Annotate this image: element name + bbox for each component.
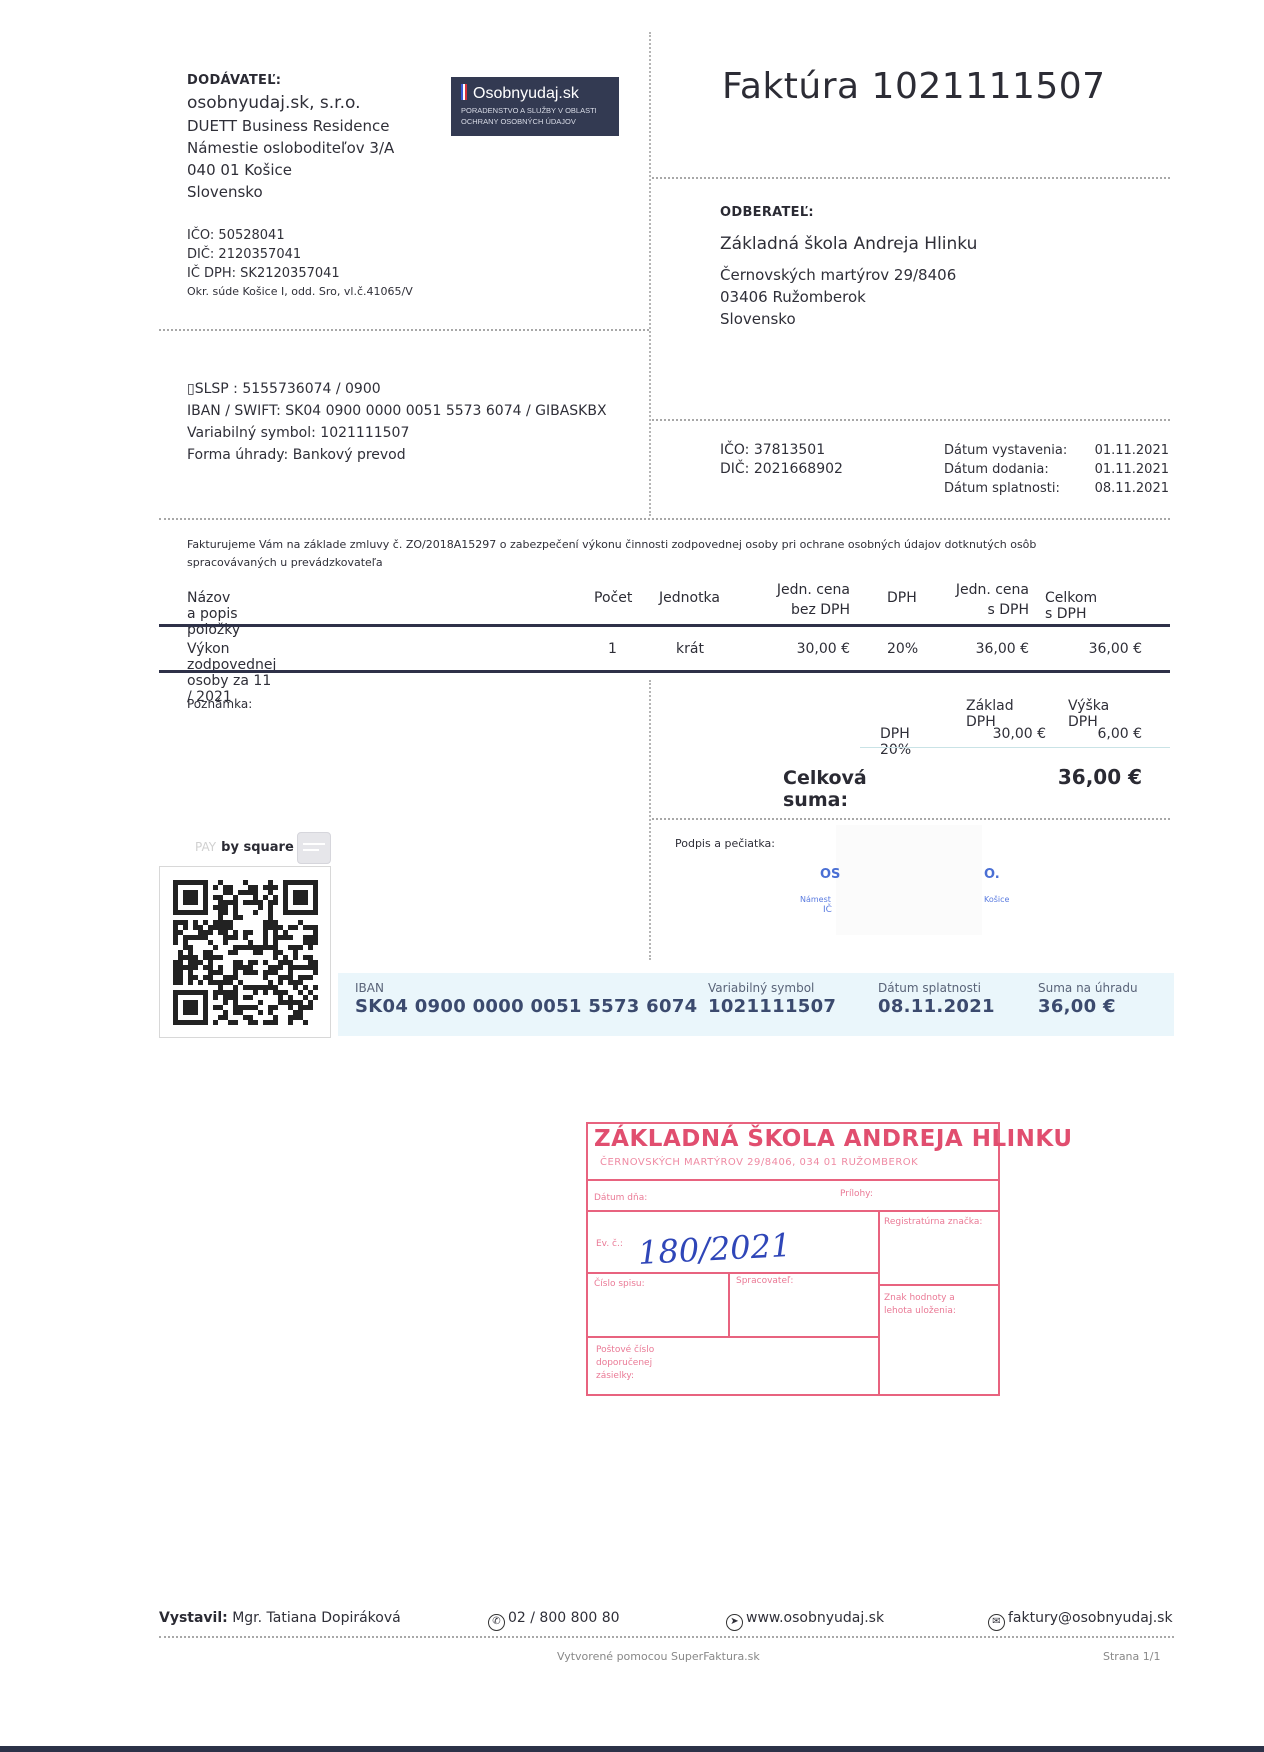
customer-label: ODBERATEĽ: bbox=[720, 205, 1160, 220]
stamp-registry-label: Registratúrna značka: bbox=[884, 1216, 996, 1229]
footer-web[interactable]: ➤www.osobnyudaj.sk bbox=[726, 1610, 884, 1631]
signature-label: Podpis a pečiatka: bbox=[675, 835, 775, 852]
stamp-text-namest: Námest bbox=[800, 895, 831, 904]
th-unit: Jednotka bbox=[659, 590, 720, 606]
email-text: faktury@osobnyudaj.sk bbox=[1008, 1610, 1173, 1626]
stamp-handler-label: Spracovateľ: bbox=[736, 1275, 793, 1288]
stamp-subtitle: ČERNOVSKÝCH MARTÝROV 29/8406, 034 01 RUŽ… bbox=[600, 1157, 918, 1168]
cell-unit: krát bbox=[676, 641, 704, 657]
date-delivery-label: Dátum dodania: bbox=[944, 460, 1049, 479]
th-unit-price-vat-line1: Jedn. cena bbox=[920, 580, 1029, 600]
bank-info: ▯SLSP : 5155736074 / 0900 IBAN / SWIFT: … bbox=[187, 378, 637, 466]
stamp-title: ZÁKLADNÁ ŠKOLA ANDREJA HLINKU bbox=[594, 1126, 1073, 1152]
pay-due-label: Dátum splatnosti bbox=[878, 981, 995, 996]
supplier-address-4: Slovensko bbox=[187, 181, 607, 203]
bank-variable-symbol: Variabilný symbol: 1021111507 bbox=[187, 422, 637, 444]
pay-amount: Suma na úhradu 36,00 € bbox=[1038, 981, 1138, 1018]
stamp-file-label: Číslo spisu: bbox=[594, 1278, 645, 1291]
stamp-text-o: O. bbox=[984, 867, 1000, 882]
customer-ids: IČO: 37813501 DIČ: 2021668902 bbox=[720, 441, 843, 479]
date-issue-value: 01.11.2021 bbox=[1095, 441, 1169, 460]
date-issue-label: Dátum vystavenia: bbox=[944, 441, 1067, 460]
registry-stamp: ZÁKLADNÁ ŠKOLA ANDREJA HLINKU ČERNOVSKÝC… bbox=[586, 1122, 1002, 1398]
footer-email[interactable]: ✉faktury@osobnyudaj.sk bbox=[988, 1610, 1173, 1631]
total-value: 36,00 € bbox=[1040, 765, 1142, 789]
th-name: Názov a popis položky bbox=[187, 590, 240, 638]
pay-vs-label: Variabilný symbol bbox=[708, 981, 836, 996]
th-unit-price-vat-line2: s DPH bbox=[920, 600, 1029, 620]
flag-icon bbox=[461, 84, 467, 100]
stamp-ev-label: Ev. č.: bbox=[596, 1238, 623, 1251]
divider-supplier bbox=[159, 329, 649, 331]
date-due-value: 08.11.2021 bbox=[1095, 479, 1169, 498]
stamp-text-os: OS bbox=[820, 867, 840, 882]
stamp-cover bbox=[836, 825, 982, 935]
th-unit-price-line2: bez DPH bbox=[740, 600, 850, 620]
dates-table: Dátum vystavenia: 01.11.2021 Dátum dodan… bbox=[944, 441, 1169, 498]
vat-rate: DPH 20% bbox=[880, 726, 911, 758]
stamp-postal-label: Poštové číslo doporučenej zásielky: bbox=[596, 1344, 676, 1383]
date-row: Dátum splatnosti: 08.11.2021 bbox=[944, 479, 1169, 498]
pay-vs-value: 1021111507 bbox=[708, 996, 836, 1018]
cursor-icon: ➤ bbox=[726, 1614, 743, 1631]
issued-by: Vystavil: Mgr. Tatiana Dopiráková bbox=[159, 1610, 401, 1626]
footer-contacts: Vystavil: Mgr. Tatiana Dopiráková ✆02 / … bbox=[159, 1610, 1174, 1632]
pay-iban-value: SK04 0900 0000 0051 5573 6074 bbox=[355, 996, 697, 1018]
pay-amount-label: Suma na úhradu bbox=[1038, 981, 1138, 996]
generated-by: Vytvorené pomocou SuperFaktura.sk bbox=[557, 1648, 760, 1665]
customer-ico: IČO: 37813501 bbox=[720, 441, 843, 460]
stamp-retention-label: Znak hodnoty a lehota uloženia: bbox=[884, 1292, 984, 1318]
vertical-divider-bottom bbox=[649, 680, 651, 960]
supplier-address-3: 040 01 Košice bbox=[187, 159, 607, 181]
pay-by-square-label: by square bbox=[221, 840, 294, 855]
logo-name: Osobnyudaj.sk bbox=[473, 85, 579, 102]
logo-tagline-1: Poradenstvo a služby v oblasti bbox=[461, 105, 609, 116]
supplier-ico: IČO: 50528041 bbox=[187, 226, 607, 245]
customer-block: ODBERATEĽ: Základná škola Andreja Hlinku… bbox=[720, 205, 1160, 330]
issued-by-label: Vystavil: bbox=[159, 1610, 228, 1626]
stamp-handwritten-number: 180/2021 bbox=[637, 1226, 792, 1272]
cell-count: 1 bbox=[608, 641, 617, 657]
vat-rule bbox=[860, 747, 1170, 748]
web-text: www.osobnyudaj.sk bbox=[746, 1610, 884, 1626]
logo-tagline-2: ochrany osobných údajov bbox=[461, 116, 609, 127]
divider-title bbox=[652, 177, 1170, 179]
cell-vat: 20% bbox=[887, 641, 918, 657]
note-label: Poznámka: bbox=[187, 695, 252, 713]
stamp-text-ic: IČ bbox=[823, 905, 832, 915]
invoice-title: Faktúra 1021111507 bbox=[722, 66, 1106, 107]
bank-payment-method: Forma úhrady: Bankový prevod bbox=[187, 444, 637, 466]
vat-amount-value: 6,00 € bbox=[1060, 726, 1142, 742]
stamp-col-mid bbox=[728, 1272, 730, 1336]
th-unit-price-line1: Jedn. cena bbox=[740, 580, 850, 600]
vertical-divider-top bbox=[649, 32, 651, 516]
bank-account: ▯SLSP : 5155736074 / 0900 bbox=[187, 378, 637, 400]
pay-due-value: 08.11.2021 bbox=[878, 996, 995, 1018]
stamp-date-label: Dátum dňa: bbox=[594, 1192, 647, 1205]
footer-phone[interactable]: ✆02 / 800 800 80 bbox=[488, 1610, 620, 1631]
pay-iban-label: IBAN bbox=[355, 981, 697, 996]
stamp-line-2 bbox=[586, 1210, 1000, 1212]
th-vat: DPH bbox=[887, 590, 917, 606]
stamp-col-right bbox=[878, 1210, 880, 1396]
date-delivery-value: 01.11.2021 bbox=[1095, 460, 1169, 479]
total-label: Celková suma: bbox=[783, 767, 867, 811]
th-unit-price: Jedn. cena bez DPH bbox=[740, 580, 850, 620]
pay-iban: IBAN SK04 0900 0000 0051 5573 6074 bbox=[355, 981, 697, 1018]
stamp-text-kosice: Košice bbox=[984, 895, 1009, 904]
cell-total: 36,00 € bbox=[1040, 641, 1142, 657]
vat-base-value: 30,00 € bbox=[960, 726, 1046, 742]
customer-address-2: 03406 Ružomberok bbox=[720, 286, 1160, 308]
supplier-address-2: Námestie osloboditeľov 3/A bbox=[187, 137, 607, 159]
th-unit-price-vat: Jedn. cena s DPH bbox=[920, 580, 1029, 620]
cell-unit-price: 30,00 € bbox=[740, 641, 850, 657]
pay-vs: Variabilný symbol 1021111507 bbox=[708, 981, 836, 1018]
supplier-ic-dph: IČ DPH: SK2120357041 bbox=[187, 264, 607, 283]
pay-due: Dátum splatnosti 08.11.2021 bbox=[878, 981, 995, 1018]
signature-stamp: OS O. Námest Košice IČ bbox=[790, 823, 1030, 953]
divider-customer bbox=[652, 419, 1170, 421]
intro-text: Fakturujeme Vám na základe zmluvy č. ZO/… bbox=[187, 536, 1127, 572]
footer-divider bbox=[159, 1636, 1174, 1638]
stamp-line-1 bbox=[586, 1179, 1000, 1181]
supplier-dic: DIČ: 2120357041 bbox=[187, 245, 607, 264]
stamp-line-right bbox=[878, 1284, 1000, 1286]
customer-name: Základná škola Andreja Hlinku bbox=[720, 232, 1160, 256]
stamp-line-4 bbox=[586, 1336, 878, 1338]
payment-strip: IBAN SK04 0900 0000 0051 5573 6074 Varia… bbox=[338, 973, 1174, 1036]
table-bottom-rule bbox=[159, 670, 1170, 673]
page-number: Strana 1/1 bbox=[1103, 1648, 1160, 1665]
scan-edge bbox=[0, 1746, 1264, 1752]
customer-address-1: Černovských martýrov 29/8406 bbox=[720, 264, 1160, 286]
qr-code-icon bbox=[173, 880, 318, 1025]
divider-totals bbox=[652, 818, 1170, 820]
divider-header-bottom bbox=[159, 518, 1170, 520]
payment-qr-code[interactable] bbox=[159, 866, 331, 1038]
date-due-label: Dátum splatnosti: bbox=[944, 479, 1060, 498]
supplier-register: Okr. súde Košice I, odd. Sro, vl.č.41065… bbox=[187, 283, 607, 300]
card-icon bbox=[297, 832, 331, 864]
phone-icon: ✆ bbox=[488, 1614, 505, 1631]
bank-iban-swift: IBAN / SWIFT: SK04 0900 0000 0051 5573 6… bbox=[187, 400, 637, 422]
mail-icon: ✉ bbox=[988, 1614, 1005, 1631]
pay-amount-value: 36,00 € bbox=[1038, 996, 1138, 1018]
issued-by-name: Mgr. Tatiana Dopiráková bbox=[232, 1610, 401, 1626]
date-row: Dátum dodania: 01.11.2021 bbox=[944, 460, 1169, 479]
customer-address-3: Slovensko bbox=[720, 308, 1160, 330]
th-count: Počet bbox=[594, 590, 632, 606]
phone-text: 02 / 800 800 80 bbox=[508, 1610, 620, 1626]
company-logo: Osobnyudaj.sk Poradenstvo a služby v obl… bbox=[451, 77, 619, 136]
date-row: Dátum vystavenia: 01.11.2021 bbox=[944, 441, 1169, 460]
stamp-attachments-label: Prílohy: bbox=[840, 1188, 873, 1201]
th-total: Celkom s DPH bbox=[1045, 590, 1097, 622]
stamp-line-3 bbox=[586, 1272, 878, 1274]
table-header-rule bbox=[159, 624, 1170, 627]
customer-dic: DIČ: 2021668902 bbox=[720, 460, 843, 479]
cell-unit-price-vat: 36,00 € bbox=[920, 641, 1029, 657]
pay-by-square-faint: PAY bbox=[195, 840, 216, 854]
